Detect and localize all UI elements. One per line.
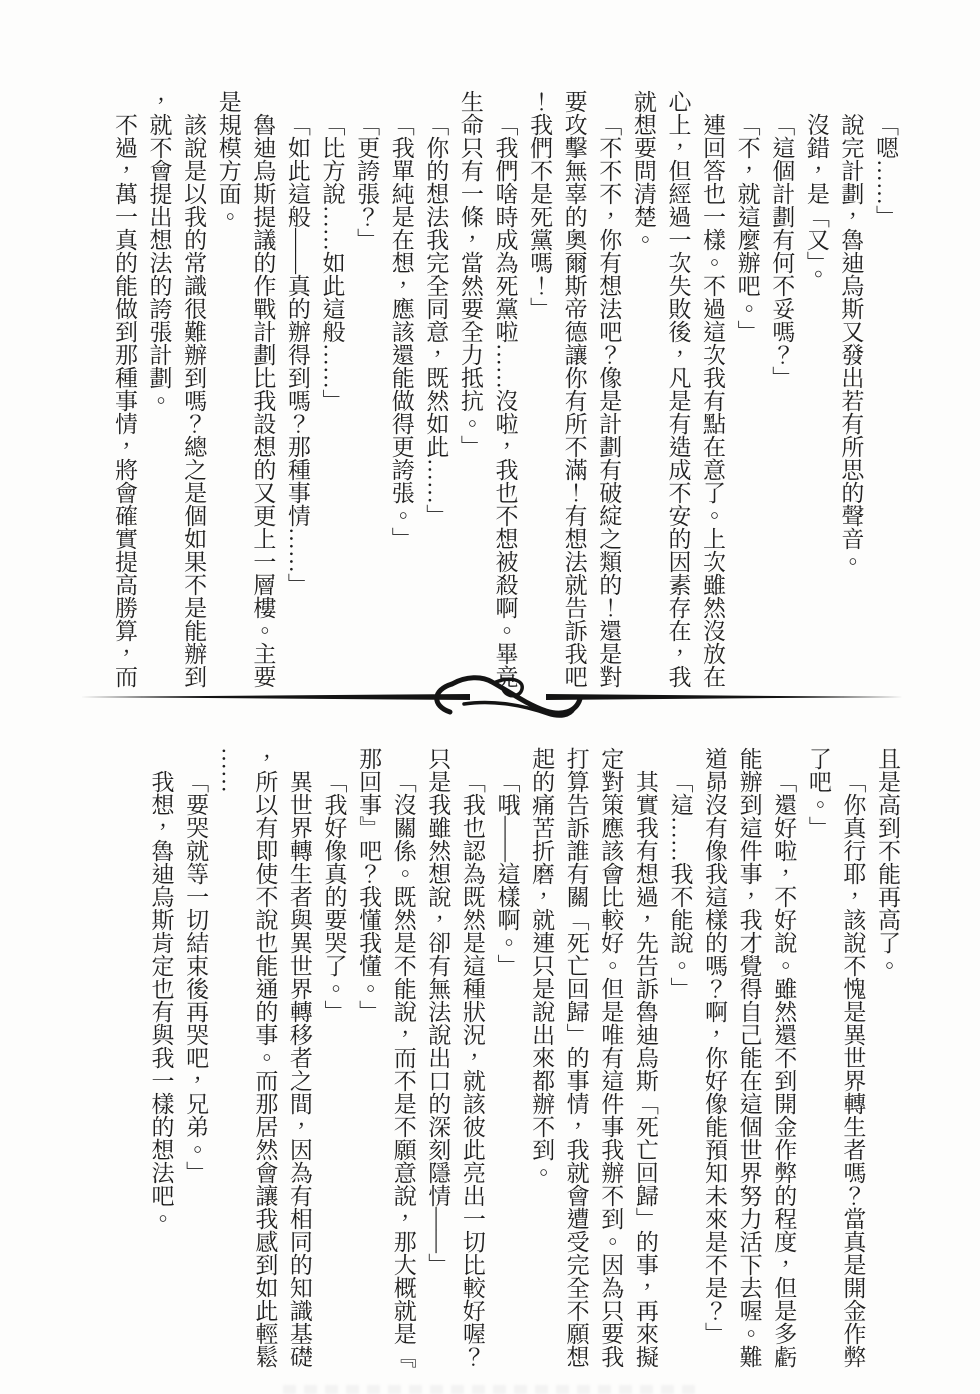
paragraph: 其實我有想過，先告訴魯迪烏斯「死亡回歸」的事，再來擬定對策應該會比較好。但是唯有… xyxy=(523,747,661,1372)
divider-rule-left xyxy=(80,694,470,700)
paragraph: 「沒關係。既然是不能說，而不是不願意說，那大概就是『那回事』吧？我懂我懂。」 xyxy=(351,747,420,1372)
bleed-through-text xyxy=(283,1385,701,1394)
paragraph: 「哦——這樣啊。」 xyxy=(489,747,524,1372)
bottom-text-block: 且是高到不能再高了。「你真行耶，該說不愧是異世界轉生者嗎？當真是開金作弊了吧。」… xyxy=(143,747,904,1372)
paragraph: 「你的想法我完全同意，既然如此……」 xyxy=(418,90,453,690)
paragraph: 「這……我不能說。」 xyxy=(662,747,697,1372)
paragraph: 「不，就這麼辦吧。」 xyxy=(729,90,764,690)
paragraph: 不過，萬一真的能做到那種事情，將會確實提高勝算，而 xyxy=(106,90,141,690)
section-divider xyxy=(70,652,910,736)
paragraph: 「這個計劃有何不妥嗎？」 xyxy=(764,90,799,690)
paragraph: 且是高到不能再高了。 xyxy=(869,747,904,1372)
paragraph: 「你真行耶，該說不愧是異世界轉生者嗎？當真是開金作弊了吧。」 xyxy=(800,747,869,1372)
divider-rule-right xyxy=(546,694,903,700)
top-text-block: 「嗯……」說完計劃，魯迪烏斯又發出若有所思的聲音。沒錯，是「又」。「這個計劃有何… xyxy=(106,90,902,690)
paragraph: 「我也認為既然是這種狀況，就該彼此亮出一切比較好喔？只是我雖然想說，卻有無法說出… xyxy=(420,747,489,1372)
paragraph: 說完計劃，魯迪烏斯又發出若有所思的聲音。 xyxy=(833,90,868,690)
paragraph: 「如此這般——真的辦得到嗎？那種事情……」 xyxy=(279,90,314,690)
paragraph: 該說是以我的常識很難辦到嗎？總之是個如果不是能辦到，就不會提出想法的誇張計劃。 xyxy=(141,90,210,690)
paragraph: 「更誇張？」 xyxy=(349,90,384,690)
paragraph: 「我們啥時成為死黨啦……沒啦，我也不想被殺啊。畢竟生命只有一條，當然要全力抵抗。… xyxy=(452,90,521,690)
novel-page: 「嗯……」說完計劃，魯迪烏斯又發出若有所思的聲音。沒錯，是「又」。「這個計劃有何… xyxy=(0,0,980,1394)
paragraph: 沒錯，是「又」。 xyxy=(798,90,833,690)
paragraph: 「比方說……如此這般……」 xyxy=(314,90,349,690)
paragraph: 「我好像真的要哭了。」 xyxy=(316,747,351,1372)
paragraph: 「我單純是在想，應該還能做得更誇張。」 xyxy=(383,90,418,690)
paragraph: 「不不不，你有想法吧？像是計劃有破綻之類的！還是對要攻擊無辜的奧爾斯帝德讓你有所… xyxy=(521,90,625,690)
paragraph: 魯迪烏斯提議的作戰計劃比我設想的又更上一層樓。主要是規模方面。 xyxy=(210,90,279,690)
paragraph: 我想，魯迪烏斯肯定也有與我一樣的想法吧。 xyxy=(143,747,178,1372)
paragraph: 「嗯……」 xyxy=(867,90,902,690)
paragraph: 「還好啦，不好說。雖然還不到開金作弊的程度，但是多虧能辦到這件事，我才覺得自己能… xyxy=(696,747,800,1372)
paragraph: 異世界轉生者與異世界轉移者之間，因為有相同的知識基礎，所以有即使不說也能通的事。… xyxy=(212,747,316,1372)
paragraph: 連回答也一樣。不過這次我有點在意了。上次雖然沒放在心上，但經過一次失敗後，凡是有… xyxy=(625,90,729,690)
paragraph: 「要哭就等一切結束後再哭吧，兄弟。」 xyxy=(178,747,213,1372)
